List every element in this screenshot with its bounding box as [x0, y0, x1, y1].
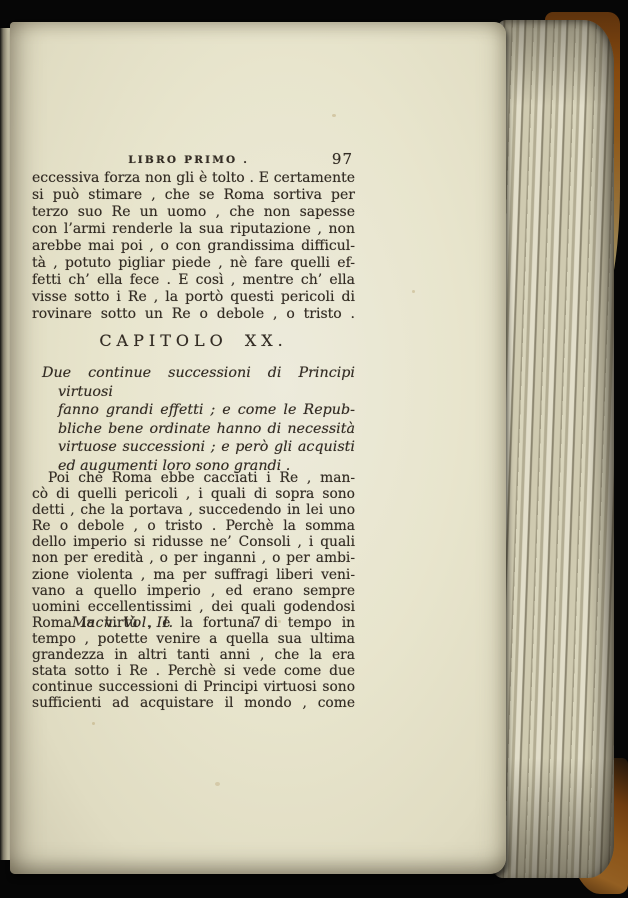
body-line: Poi che Roma ebbe cacciati i Re , man-: [32, 470, 355, 486]
body-line: continue successioni di Principi virtuos…: [32, 679, 355, 695]
body-paragraph: Poi che Roma ebbe cacciati i Re , man- c…: [32, 470, 355, 711]
book-scan: LIBRO PRIMO . 97 eccessiva forza non gli…: [0, 0, 628, 898]
paragraph-continuation: eccessiva forza non gli è tolto . E cert…: [32, 170, 355, 323]
book-fore-edge: [492, 20, 614, 878]
summary-line: fanno grandi effetti ; e come le Repub-: [58, 401, 355, 420]
body-line: tempo , potette venire a quella sua ulti…: [32, 631, 355, 647]
text-line: arebbe mai poi , o con grandissima diffi…: [32, 238, 355, 255]
summary-line: Due continue successioni di Principi vir…: [58, 364, 355, 401]
summary-line: bliche bene ordinate hanno di necessità: [58, 420, 355, 439]
page-footer: Mach. Vol. II. 7: [32, 615, 355, 633]
text-line: rovinare sotto un Re o debole , o tristo…: [32, 306, 355, 323]
chapter-heading: CAPITOLO XX.: [32, 331, 355, 350]
page-number: 97: [332, 150, 353, 168]
paper-speck: [412, 290, 415, 293]
body-line: dello imperio si ridusse ne’ Consoli , i…: [32, 534, 355, 550]
running-head: LIBRO PRIMO . 97: [32, 150, 355, 168]
signature-number: 7: [252, 615, 261, 631]
summary-line: virtuose successioni ; e però gli acquis…: [58, 438, 355, 457]
body-line: Re o debole , o tristo . Perchè la somma: [32, 518, 355, 534]
text-line: visse sotto i Re , la portò questi peric…: [32, 289, 355, 306]
body-line: stata sotto i Re . Perchè si vede come d…: [32, 663, 355, 679]
text-block: LIBRO PRIMO . 97 eccessiva forza non gli…: [32, 44, 355, 744]
paper-speck: [215, 782, 220, 786]
body-line: sufficienti ad acquistare il mondo , com…: [32, 695, 355, 711]
body-line: grandezza in altri tanti anni , che la e…: [32, 647, 355, 663]
body-line: cò di quelli pericoli , i quali di sopra…: [32, 486, 355, 502]
chapter-summary: Due continue successioni di Principi vir…: [32, 364, 355, 476]
text-line: si può stimare , che se Roma sortiva per: [32, 187, 355, 204]
book-page: LIBRO PRIMO . 97 eccessiva forza non gli…: [10, 22, 506, 874]
body-line: non per eredità , o per inganni , o per …: [32, 550, 355, 566]
body-line: uomini eccellentissimi , dei quali goden…: [32, 599, 355, 615]
text-line: con l’armi renderle la sua riputazione ,…: [32, 221, 355, 238]
text-line: tà , potuto pigliar piede , nè fare quel…: [32, 255, 355, 272]
body-line: detti , che la portava , succedendo in l…: [32, 502, 355, 518]
running-title: LIBRO PRIMO .: [128, 154, 249, 166]
body-line: zione violenta , ma per suffragi liberi …: [32, 567, 355, 583]
text-line: fetti ch’ ella fece . E così , mentre ch…: [32, 272, 355, 289]
body-line: vano a quello imperio , ed erano sempre: [32, 583, 355, 599]
text-line: eccessiva forza non gli è tolto . E cert…: [32, 170, 355, 187]
text-line: terzo suo Re un uomo , che non sapesse: [32, 204, 355, 221]
volume-signature: Mach. Vol. II.: [72, 615, 174, 631]
